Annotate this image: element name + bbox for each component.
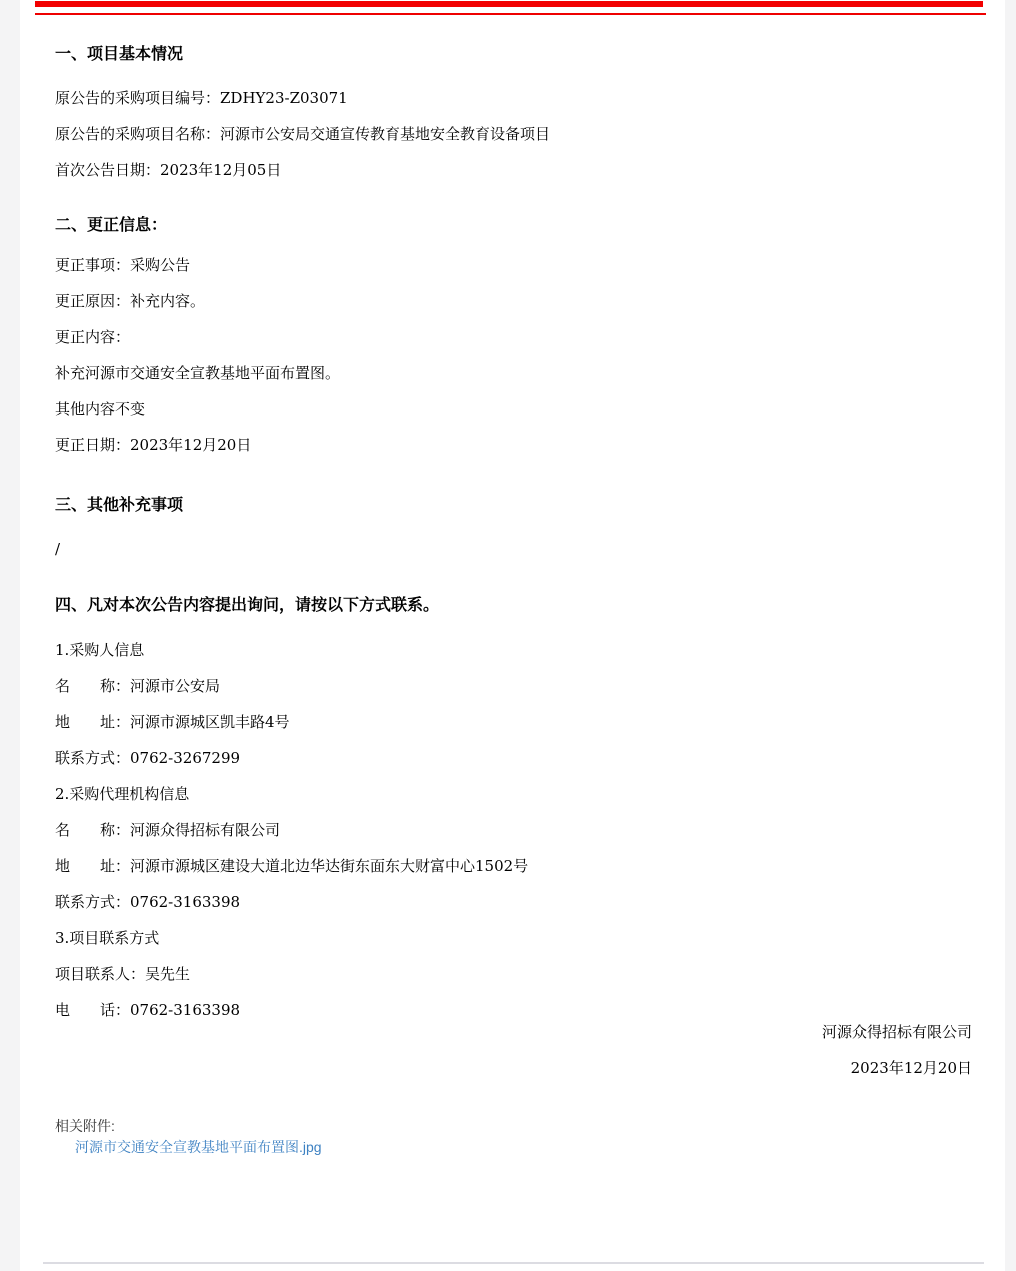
field-correction-content-label: 更正内容： [55,319,972,355]
contact-methods-group: 1.采购人信息 名 称：河源市公安局 地 址：河源市源城区凯丰路4号 联系方式：… [55,632,972,1028]
document-card: 一、项目基本情况 原公告的采购项目编号：ZDHY23-Z03071 原公告的采购… [20,0,1005,1271]
field-agency-address: 地 址：河源市源城区建设大道北边华达街东面东大财富中心1502号 [55,848,972,884]
attachments-label: 相关附件: [55,1117,972,1135]
section-heading-other-supplementary: 三、其他补充事项 [55,487,972,523]
field-correction-date: 更正日期：2023年12月20日 [55,427,972,463]
contact-group-title-agency: 2.采购代理机构信息 [55,776,972,812]
attachment-file-link[interactable]: 河源市交通安全宣教基地平面布置图.jpg [75,1139,322,1155]
field-other-content-unchanged: 其他内容不变 [55,391,972,427]
correction-info-group: 更正事项：采购公告 更正原因：补充内容。 更正内容： 补充河源市交通安全宣教基地… [55,247,972,463]
section-heading-contact-methods: 四、凡对本次公告内容提出询问，请按以下方式联系。 [55,587,972,623]
field-original-project-name: 原公告的采购项目名称：河源市公安局交通宣传教育基地安全教育设备项目 [55,116,972,152]
bottom-divider [43,1262,984,1264]
section-heading-correction-info: 二、更正信息： [55,207,972,243]
field-correction-item: 更正事项：采购公告 [55,247,972,283]
field-original-project-number: 原公告的采购项目编号：ZDHY23-Z03071 [55,80,972,116]
field-first-announcement-date: 首次公告日期：2023年12月05日 [55,152,972,188]
document-content: 一、项目基本情况 原公告的采购项目编号：ZDHY23-Z03071 原公告的采购… [20,0,1005,1157]
field-agency-phone: 联系方式：0762-3163398 [55,884,972,920]
signature-date: 2023年12月20日 [55,1050,972,1086]
contact-group-title-project: 3.项目联系方式 [55,920,972,956]
section-heading-basic-info: 一、项目基本情况 [55,36,972,72]
basic-info-group: 原公告的采购项目编号：ZDHY23-Z03071 原公告的采购项目名称：河源市公… [55,80,972,188]
field-correction-reason: 更正原因：补充内容。 [55,283,972,319]
field-project-contact-person: 项目联系人：吴先生 [55,956,972,992]
attachment-link-row: 河源市交通安全宣教基地平面布置图.jpg [75,1137,972,1157]
attachments-section: 相关附件: 河源市交通安全宣教基地平面布置图.jpg [55,1117,972,1157]
field-correction-content-detail: 补充河源市交通安全宣教基地平面布置图。 [55,355,972,391]
field-purchaser-phone: 联系方式：0762-3267299 [55,740,972,776]
field-other-supplementary-placeholder: / [55,531,972,567]
field-purchaser-name: 名 称：河源市公安局 [55,668,972,704]
other-supplementary-group: / [55,531,972,567]
field-purchaser-address: 地 址：河源市源城区凯丰路4号 [55,704,972,740]
field-agency-name: 名 称：河源众得招标有限公司 [55,812,972,848]
announcement-page: { "colors": { "accent_red": "#f20000", "… [0,0,1016,1271]
contact-group-title-purchaser: 1.采购人信息 [55,632,972,668]
